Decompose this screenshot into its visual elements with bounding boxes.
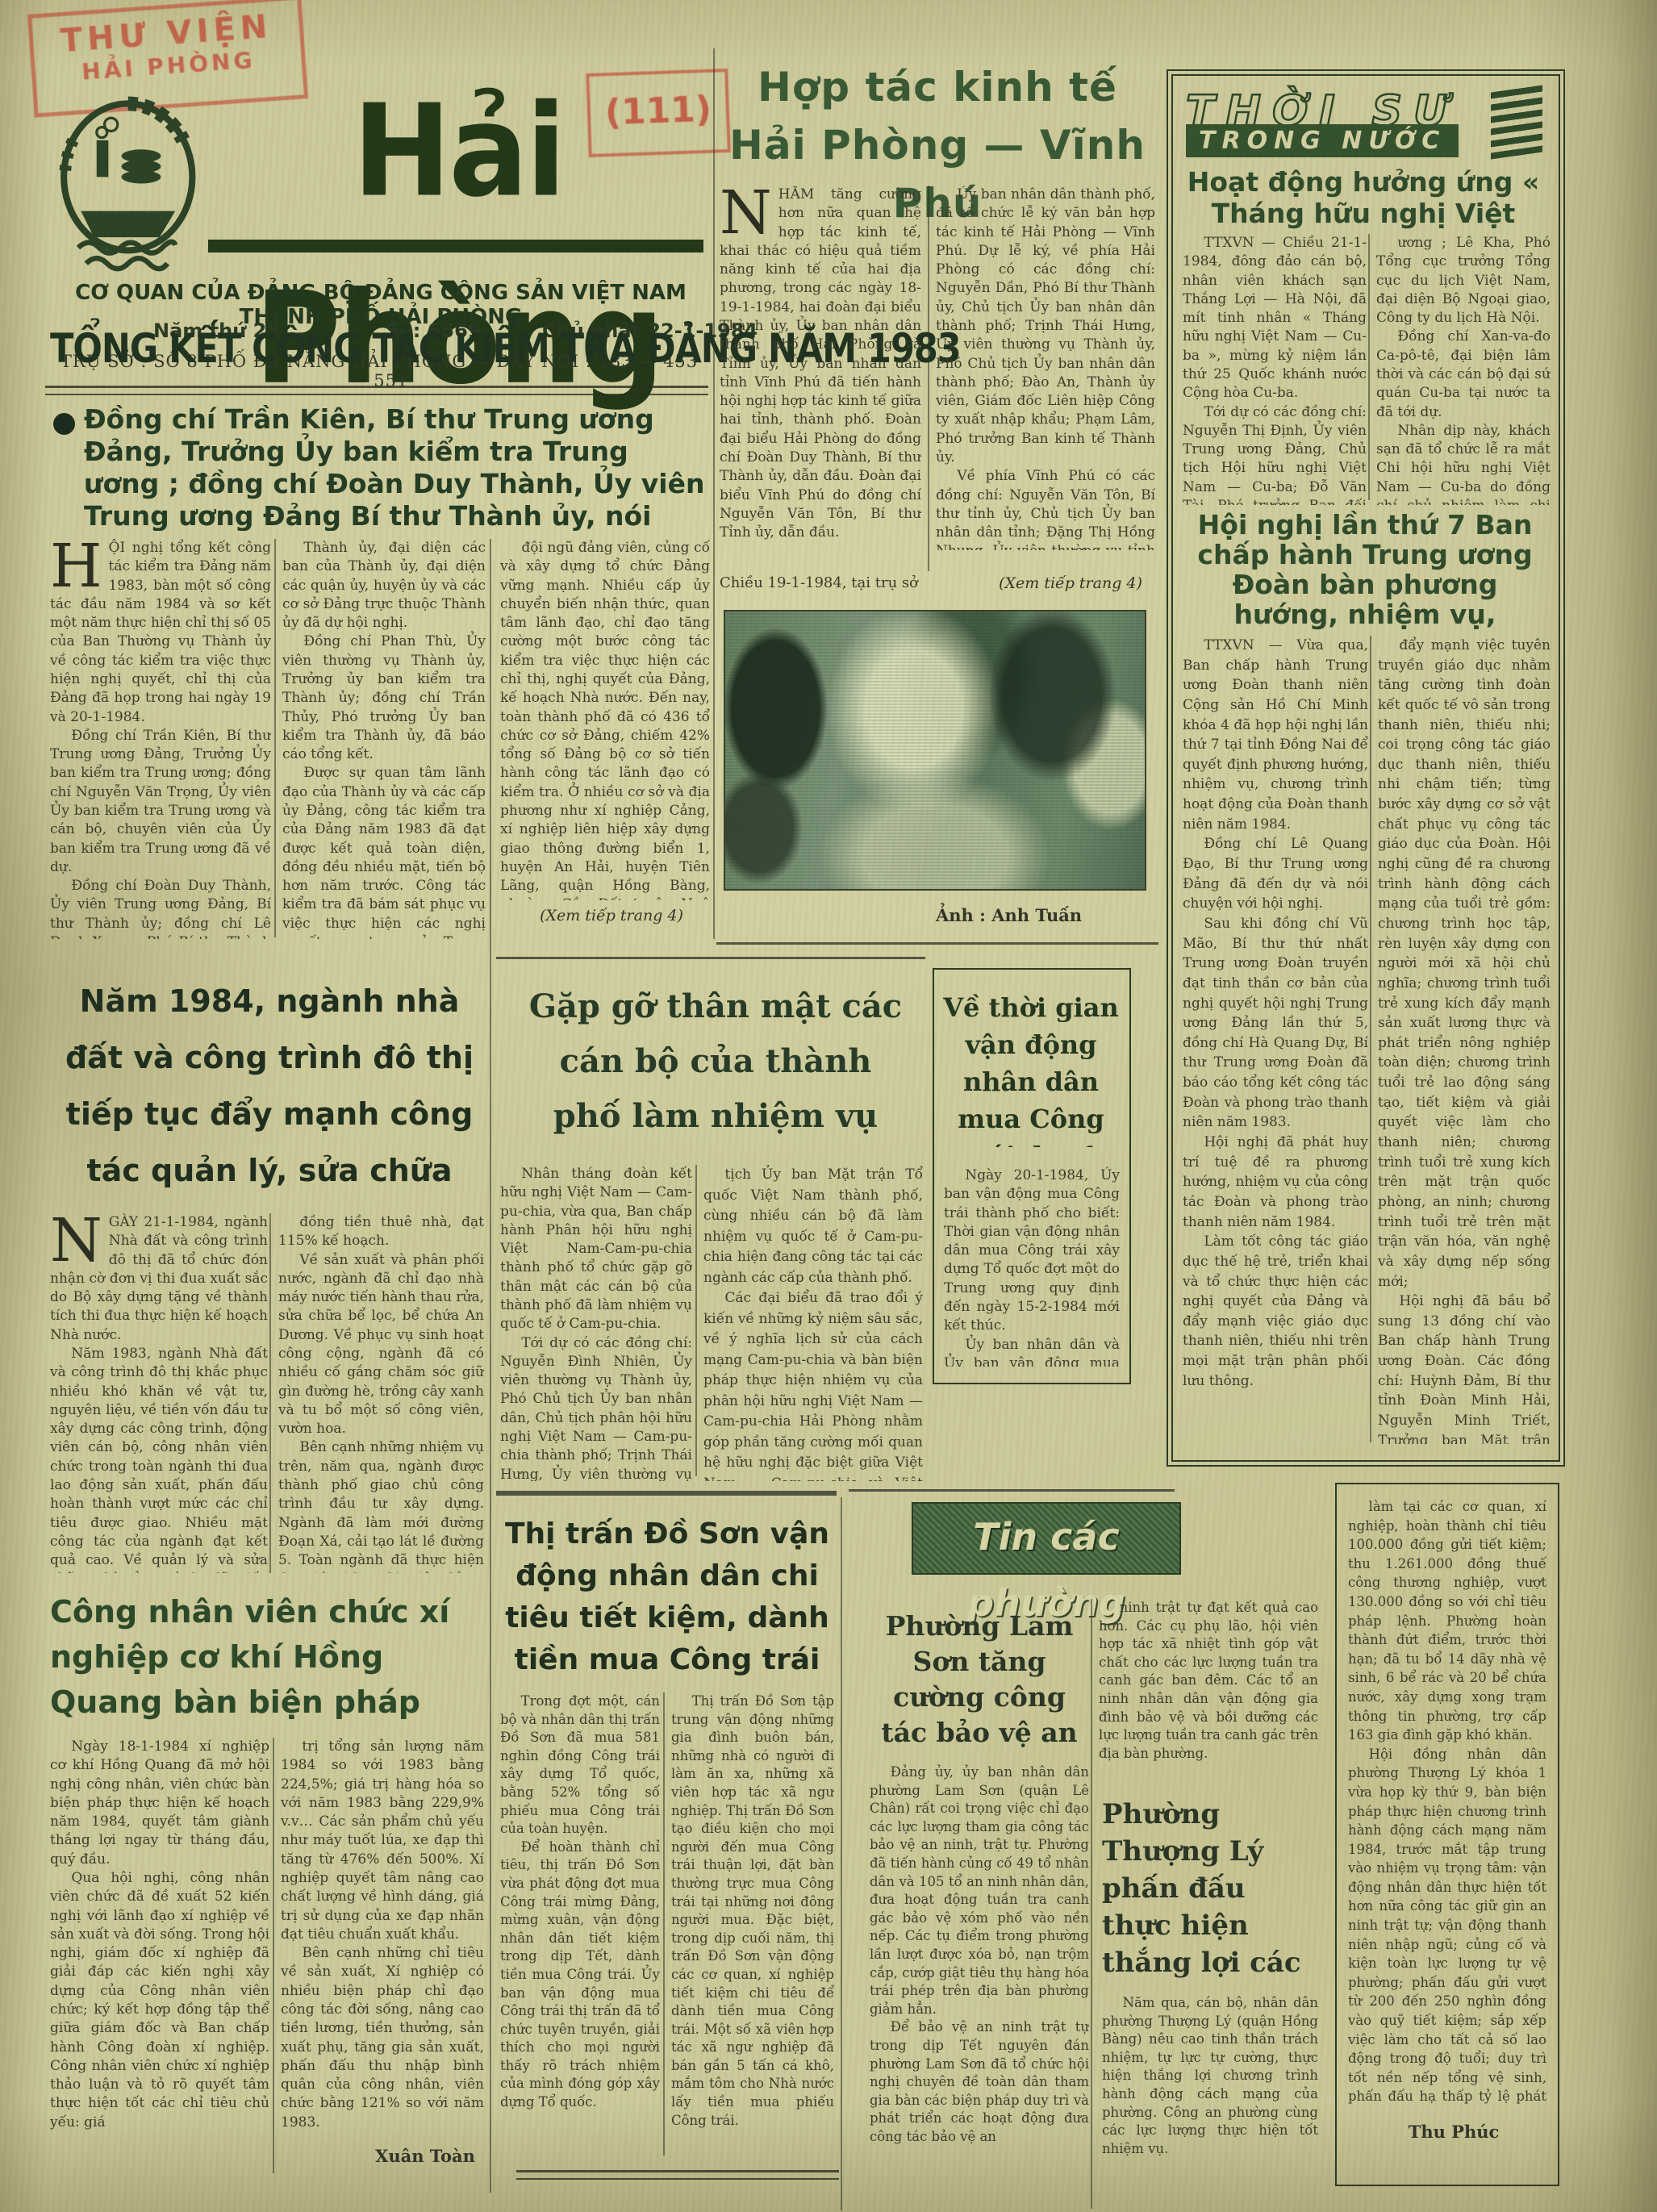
dropcap: N [720,186,778,236]
kiemtra-col1: HỘI nghị tổng kết công tác kiểm tra Đảng… [50,539,271,939]
banner-stripes-ornament [1491,86,1542,161]
thuongly-headline: Phường Thượng Lý phấn đấu thực hiện thắn… [1102,1796,1318,1981]
lamson-headline: Phường Lam Sơn tăng cường công tác bảo v… [870,1609,1089,1751]
congtrai-headline: Về thời gian vận động nhân dân mua Công … [941,989,1121,1147]
doan-col1: TTXVN — Vừa qua, Ban chấp hành Trung ươn… [1183,636,1368,1444]
column-rule [1091,1599,1092,2209]
section-rule-thick [496,1491,837,1496]
newspaper-page: THƯ VIỆN HẢI PHÒNG (111) Hải Phòng CƠ QU… [0,0,1657,2212]
masthead-emblem [47,74,204,282]
column-rule [1370,636,1371,1442]
campuchia-headline: Gặp gỡ thân mật các cán bộ của thành phố… [523,979,908,1147]
cuba-col1: TTXVN — Chiều 21-1-1984, đông đảo cán bộ… [1183,234,1367,505]
dropcap: H [50,539,109,590]
nhadat-col1: NGÀY 21-1-1984, ngành Nhà đất và công tr… [50,1213,268,1573]
kiemtra-headline: TỔNG KẾT CÔNG TÁC KIỂM TRA ĐẢNG NĂM 1983 [50,326,712,373]
doan-col2: đẩy mạnh việc tuyên truyền giáo dục nhằm… [1378,636,1551,1444]
title-underline [208,240,703,253]
kiemtra-col3: đội ngũ đảng viên, củng cố và xây dựng t… [500,539,710,900]
lamson-col1: Đảng ủy, ủy ban nhân dân phường Lam Sơn … [870,1763,1089,2209]
thoisu-banner: THỜI SỰ TRONG NƯỚC [1186,87,1546,161]
thuongly-paras: Năm qua, cán bộ, nhân dân phường Thượng … [1102,1994,1318,2209]
column-rule [269,1213,271,1573]
hongquang-col1: Ngày 18-1-1984 xí nghiệp cơ khí Hồng Qua… [50,1738,269,2178]
section-rule [716,942,1158,945]
nhadat-headline: Năm 1984, ngành nhà đất và công trình đô… [58,973,481,1205]
cuba-headline: Hoạt động hưởng ứng « Tháng hữu nghị Việ… [1184,166,1542,231]
masthead-rule [45,386,708,395]
phuong-right-paras: làm tại các cơ quan, xí nghiệp, hoàn thà… [1348,1497,1546,2107]
nhadat-col2: đồng tiền thuê nhà, đạt 115% kế hoạch.Về… [278,1213,484,1573]
section-rule [849,1489,1175,1492]
photo-credit: Ảnh : Anh Tuấn [936,905,1129,925]
doan-headline: Hội nghị lần thứ 7 Ban chấp hành Trung ư… [1181,510,1549,631]
phuong-right-box: làm tại các cơ quan, xí nghiệp, hoàn thà… [1335,1483,1559,2186]
hoptac-col2: Ủy ban nhân dân thành phố, đã tổ chức lễ… [936,186,1155,550]
deck-bullet [53,413,75,435]
kiemtra-deck: Đồng chí Trần Kiên, Bí thư Trung ương Đả… [84,403,712,531]
doson-headline: Thị trấn Đồ Sơn vận động nhân dân chi ti… [500,1513,834,1683]
column-rule [695,1165,697,1476]
section-rule-vertical [841,1497,842,2210]
lamson-col2: ninh trật tự đạt kết quả cao hơn. Các cụ… [1099,1599,1318,1778]
column-rule [274,539,276,937]
column-rule [490,539,491,2193]
tincacphuong-banner: Tin các phường [912,1502,1181,1575]
cuba-col2: ương ; Lê Kha, Phó Tổng cục trưởng Tổng … [1376,234,1551,505]
thoisu-box: THỜI SỰ TRONG NƯỚC Hoạt động hưởng ứng «… [1171,74,1560,1462]
hongquang-headline: Công nhân viên chức xí nghiệp cơ khí Hồn… [50,1589,486,1726]
doson-col2: Thị trấn Đồ Sơn tập trung vận động những… [671,1692,834,2160]
kiemtra-col2: Thành ủy, đại diện các ban của Thành ủy,… [282,539,486,939]
hoptac-continuation: (Xem tiếp trang 4) [986,574,1155,593]
column-rule [663,1692,665,2156]
hoptac-col1-lastline: Chiều 19-1-1984, tại trụ sở [720,574,929,591]
phuong-right-signature: Thu Phúc [1393,2122,1514,2142]
hongquang-signature: Xuân Toàn [365,2146,486,2166]
campuchia-col2: tịch Ủy ban Mặt trận Tổ quốc Việt Nam th… [703,1165,923,1481]
kiemtra-continuation: (Xem tiếp trang 4) [523,907,700,925]
section-rule [496,957,925,959]
hongquang-col2: trị tổng sản lượng năm 1984 so với 1983 … [281,1738,484,2133]
bottom-rule [516,2170,839,2180]
newspaper-title: Hải Phòng [203,58,713,261]
thoisu-banner-line2: TRONG NƯỚC [1186,124,1459,157]
news-photo [724,610,1146,891]
hoptac-col1: NHẰM tăng cường hơn nữa quan hệ hợp tác … [720,186,921,571]
congtrai-box: Về thời gian vận động nhân dân mua Công … [933,968,1131,1384]
doson-col1: Trong đợt một, cán bộ và nhân dân thị tr… [500,1692,660,2160]
column-rule [928,186,929,571]
dropcap: N [50,1213,109,1264]
campuchia-col1: Nhân tháng đoàn kết hữu nghị Việt Nam — … [500,1165,692,1481]
column-rule [713,48,715,939]
congtrai-paras: Ngày 20-1-1984, Ủy ban vận động mua Công… [944,1167,1120,1367]
column-rule [1368,234,1370,500]
column-rule [273,1738,274,2173]
